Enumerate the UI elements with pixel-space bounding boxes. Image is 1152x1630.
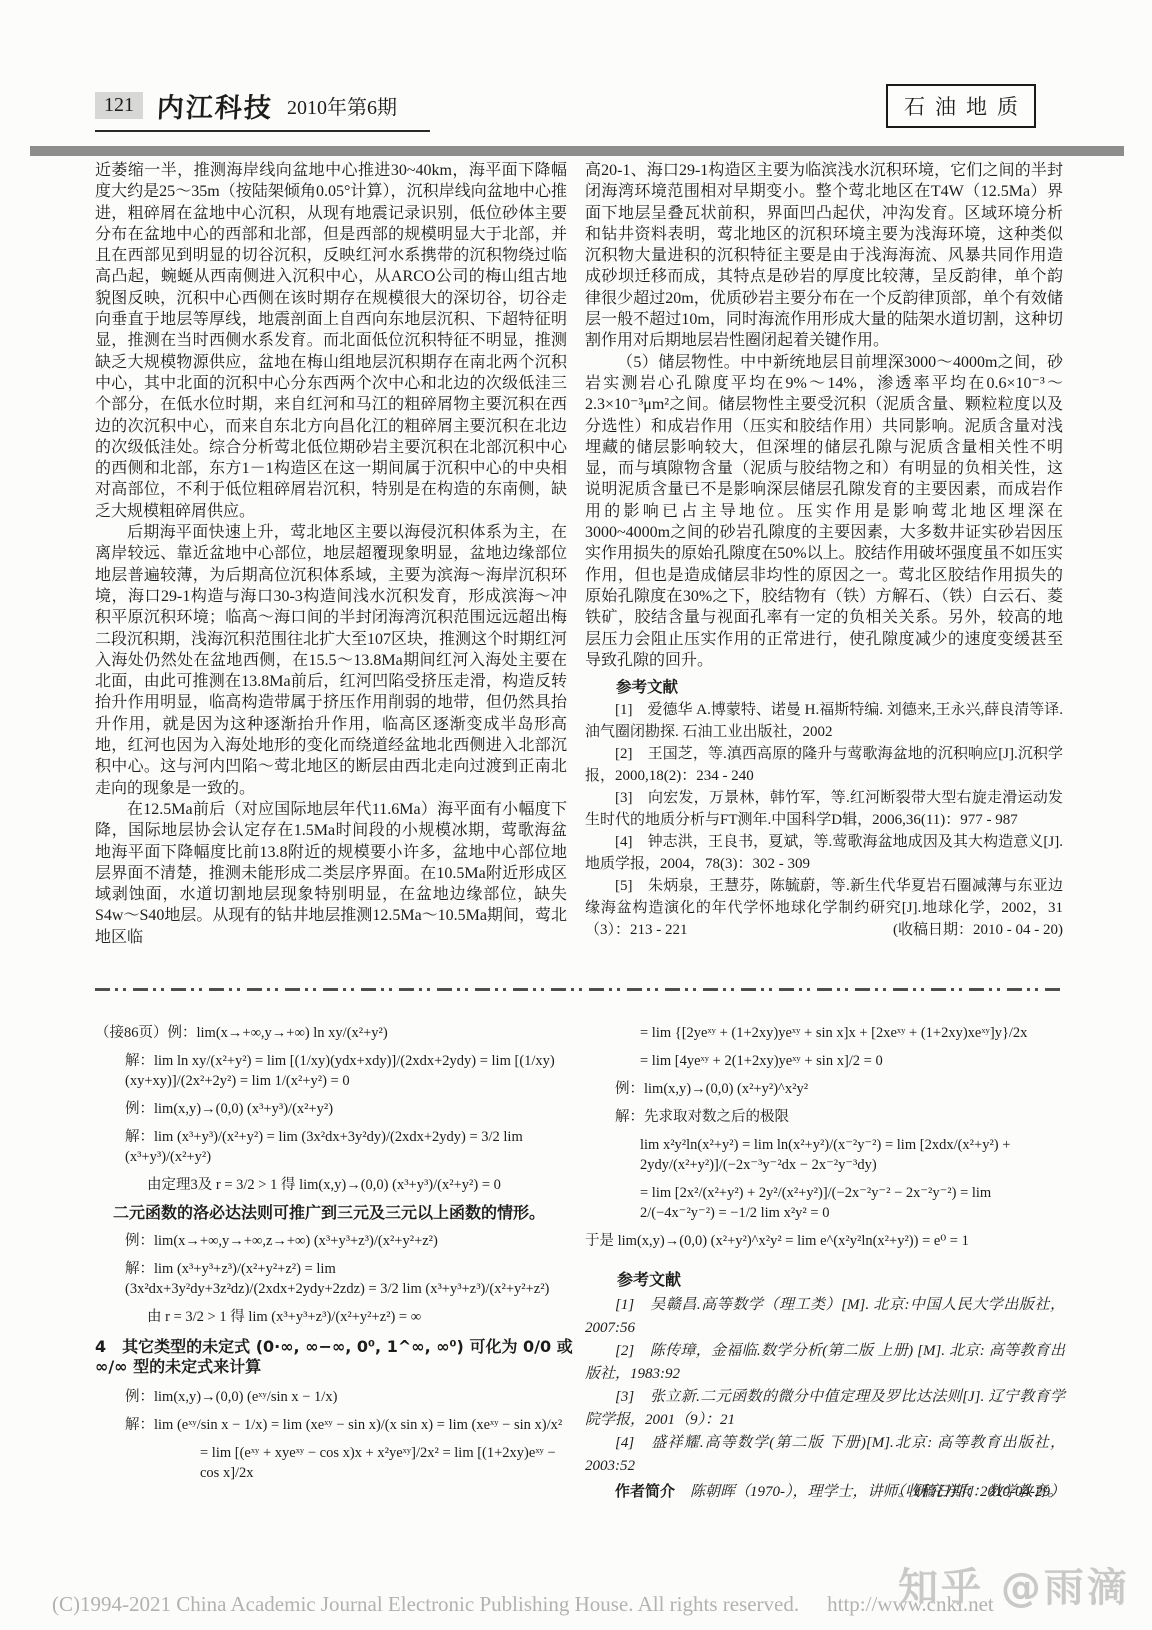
- article-left-column: 近萎缩一半，推测海岸线向盆地中心推进30~40km，海平面下降幅度大约是25～3…: [95, 160, 567, 948]
- math-line: 例：lim(x,y)→(0,0) (eˣʸ/sin x − 1/x): [125, 1387, 573, 1407]
- page-header: 121 内江科技 2010年第6期: [95, 86, 430, 132]
- reference-item: [1] 爱德华 A.博蒙特、诺曼 H.福斯特编. 刘德来,王永兴,薛良清等译.油…: [585, 699, 1063, 743]
- math-line: = lim [(eˣʸ + xyeˣʸ − cos x)x + x²yeˣʸ]/…: [200, 1443, 573, 1483]
- article-paragraph: 后期海平面快速上升，莺北地区主要以海侵沉积体系为主，在离岸较远、靠近盆地中心部位…: [95, 522, 567, 799]
- math-line: lim x²y²ln(x²+y²) = lim ln(x²+y²)/(x⁻²y⁻…: [640, 1135, 1065, 1175]
- journal-page: 121 内江科技 2010年第6期 石油地质 近萎缩一半，推测海岸线向盆地中心推…: [0, 0, 1152, 1630]
- page-number: 121: [95, 92, 143, 119]
- references-title: 参考文献: [585, 1267, 1065, 1290]
- math-line: 解：lim (x³+y³+z³)/(x²+y²+z²) = lim (3x²dx…: [125, 1259, 573, 1299]
- math-line: 由 r = 3/2 > 1 得 lim (x³+y³+z³)/(x²+y²+z²…: [147, 1307, 573, 1327]
- math-section-heading: 4 其它类型的未定式 (0·∞, ∞−∞, 0⁰, 1^∞, ∞⁰) 可化为 0…: [95, 1337, 573, 1377]
- math-left-column: （接86页）例：lim(x→+∞,y→+∞) ln xy/(x²+y²) 解：l…: [95, 1015, 573, 1491]
- footer-copyright: (C)1994-2021 China Academic Journal Elec…: [52, 1592, 994, 1617]
- math-line: = lim {[2yeˣʸ + (1+2xy)yeˣʸ + sin x]x + …: [640, 1023, 1065, 1043]
- article-paragraph: 近萎缩一半，推测海岸线向盆地中心推进30~40km，海平面下降幅度大约是25～3…: [95, 160, 567, 522]
- references-title: 参考文献: [585, 677, 1063, 699]
- reference-item: [4] 盛祥耀.高等数学(第二版 下册)[M].北京: 高等教育出版社，2003…: [585, 1432, 1065, 1478]
- zhihu-watermark: 知乎 @雨滴: [898, 1556, 1130, 1613]
- reference-item: [2] 陈传璋，金福临.数学分析(第二版 上册) [M]. 北京: 高等教育出版…: [585, 1340, 1065, 1386]
- math-line: 于是 lim(x,y)→(0,0) (x²+y²)^x²y² = lim e^(…: [585, 1231, 1065, 1251]
- reference-item: [1] 吴赣昌.高等数学（理工类）[M]. 北京:中国人民大学出版社，2007:…: [585, 1294, 1065, 1340]
- article-paragraph: 高20-1、海口29-1构造区主要为临滨浅水沉积环境，它们之间的半封闭海湾环境范…: [585, 160, 1063, 352]
- math-line: 解：先求取对数之后的极限: [615, 1107, 1065, 1127]
- article-paragraph: 在12.5Ma前后（对应国际地层年代11.6Ma）海平面有小幅度下降，国际地层协…: [95, 799, 567, 948]
- math-line: 由定理3及 r = 3/2 > 1 得 lim(x,y)→(0,0) (x³+y…: [147, 1175, 573, 1195]
- article-right-column: 高20-1、海口29-1构造区主要为临滨浅水沉积环境，它们之间的半封闭海湾环境范…: [585, 160, 1063, 941]
- math-line: 例：lim(x,y)→(0,0) (x³+y³)/(x²+y²): [125, 1099, 573, 1119]
- copyright-text: (C)1994-2021 China Academic Journal Elec…: [52, 1592, 799, 1616]
- reference-item: [4] 钟志洪，王良书，夏斌，等.莺歌海盆地成因及其大构造意义[J].地质学报，…: [585, 831, 1063, 875]
- math-statement: 二元函数的洛必达法则可推广到三元及三元以上函数的情形。: [113, 1203, 573, 1223]
- section-label-box: 石油地质: [886, 84, 1036, 128]
- math-line: 解：lim (eˣʸ/sin x − 1/x) = lim (xeˣʸ − si…: [125, 1415, 573, 1435]
- math-line: 例：lim(x,y)→(0,0) (x²+y²)^x²y²: [615, 1079, 1065, 1099]
- issue-label: 2010年第6期: [287, 91, 397, 120]
- reference-item: [3] 向宏发，万景林，韩竹军，等.红河断裂带大型右旋走滑运动发生时代的地质分析…: [585, 787, 1063, 831]
- math-line: 解：lim (x³+y³)/(x²+y²) = lim (3x²dx+3y²dy…: [125, 1127, 573, 1167]
- dashed-separator: [95, 988, 1063, 991]
- header-divider-bar: [30, 146, 1124, 156]
- journal-logo: 内江科技: [156, 86, 274, 125]
- author-bio-label: 作者简介: [615, 1482, 675, 1500]
- math-line: = lim [4yeˣʸ + 2(1+2xy)yeˣʸ + sin x]/2 =…: [640, 1051, 1065, 1071]
- math-line: 例：lim(x→+∞,y→+∞,z→+∞) (x³+y³+z³)/(x²+y²+…: [125, 1231, 573, 1251]
- math-line: = lim [2x²/(x²+y²) + 2y²/(x²+y²)]/(−2x⁻²…: [640, 1183, 1065, 1223]
- article-paragraph: （5）储层物性。中中新统地层目前埋深3000～4000m之间，砂岩实测岩心孔隙度…: [585, 352, 1063, 671]
- math-right-column: = lim {[2yeˣʸ + (1+2xy)yeˣʸ + sin x]x + …: [585, 1015, 1065, 1504]
- reference-item: [2] 王国芝，等.滇西高原的隆升与莺歌海盆地的沉积响应[J].沉积学报，200…: [585, 743, 1063, 787]
- math-line: （接86页）例：lim(x→+∞,y→+∞) ln xy/(x²+y²): [95, 1023, 573, 1043]
- reference-item: [3] 张立新.二元函数的微分中值定理及罗比达法则[J]. 辽宁教育学院学报，2…: [585, 1386, 1065, 1432]
- math-line: 解：lim ln xy/(x²+y²) = lim [(1/xy)(ydx+xd…: [125, 1051, 573, 1091]
